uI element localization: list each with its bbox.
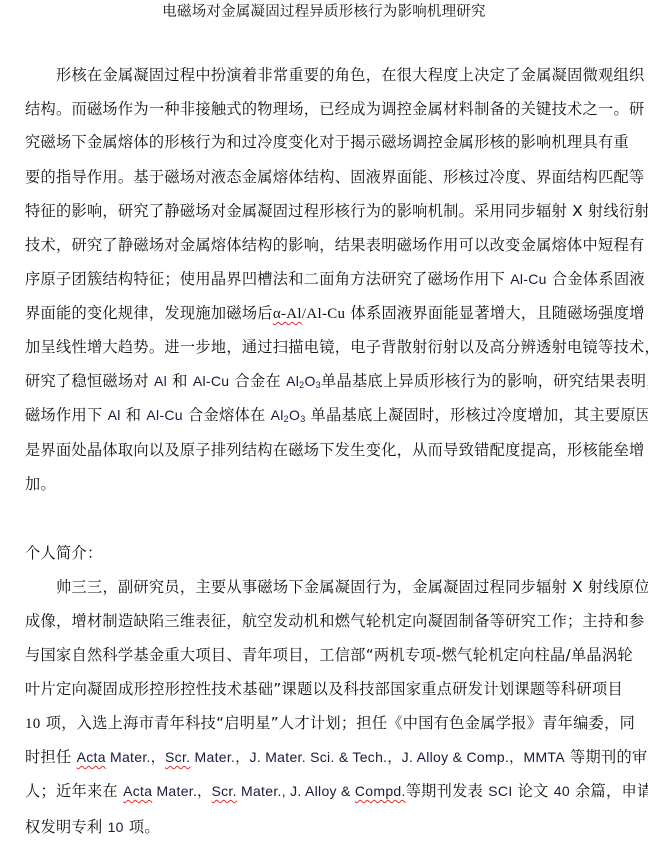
abstract-line: 磁场作用下 Al 和 Al-Cu 合金熔体在 Al2O3 单晶基底上凝固时，形核… (25, 404, 623, 426)
abstract-line: 形核在金属凝固过程中扮演着非常重要的角色，在很大程度上决定了金属凝固微观组织 (56, 64, 623, 86)
abstract-line: 结构。而磁场作为一种非接触式的物理场，已经成为调控金属材料制备的关键技术之一。研 (25, 98, 623, 120)
spellcheck-flagged-term[interactable]: Scr. (211, 783, 236, 799)
spellcheck-flagged-term[interactable]: Scr. (165, 749, 190, 765)
chemical-formula: Al2O3 (271, 407, 306, 423)
chemical-formula: Al2O3 (286, 373, 321, 389)
abstract-line: 加。 (25, 473, 623, 495)
spellcheck-flagged-term[interactable]: α-Al (273, 306, 302, 322)
bio-line: 10 项，入选上海市青年科技“启明星”人才计划；担任《中国有色金属学报》青年编委… (25, 712, 623, 735)
abstract-line: 研究了稳恒磁场对 Al 和 Al-Cu 合金在 Al2O3单晶基底上异质形核行为… (25, 370, 623, 392)
bio-line: 帅三三，副研究员，主要从事磁场下金属凝固行为，金属凝固过程同步辐射 X 射线原位 (56, 576, 623, 598)
bio-line: 与国家自然科学基金重大项目、青年项目，工信部“两机专项-燃气轮机定向柱晶/单晶涡… (25, 644, 623, 666)
abstract-line: 是界面处晶体取向以及原子排列结构在磁场下发生变化，从而导致错配度提高，形核能垒增 (25, 439, 623, 461)
alloy-term: Al-Cu (510, 271, 547, 287)
abstract-line: 技术，研究了静磁场对金属熔体结构的影响，结果表明磁场作用可以改变金属熔体中短程有 (25, 234, 623, 256)
abstract-line: 加呈线性增大趋势。进一步地，通过扫描电镜，电子背散射衍射以及高分辨透射电镜等技术… (25, 336, 623, 358)
spellcheck-flagged-term[interactable]: Acta (123, 783, 152, 799)
abstract-line: 特征的影响，研究了静磁场对金属凝固过程形核行为的影响机制。采用同步辐射 X 射线… (25, 200, 623, 222)
abstract-line: 序原子团簇结构特征；使用晶界凹槽法和二面角方法研究了磁场作用下 Al-Cu 合金… (25, 268, 623, 290)
abstract-line: 究磁场下金属熔体的形核行为和过冷度变化对于揭示磁场调控金属形核的影响机理具有重 (25, 131, 623, 153)
abstract-line: 界面能的变化规律，发现施加磁场后α-Al/Al-Cu 体系固液界面能显著增大，且… (25, 302, 623, 325)
document-title: 电磁场对金属凝固过程异质形核行为影响机理研究 (0, 2, 648, 22)
bio-line: 权发明专利 10 项。 (25, 816, 623, 838)
abstract-line: 要的指导作用。基于磁场对液态金属熔体结构、固液界面能、形核过冷度、界面结构匹配等 (25, 166, 623, 188)
bio-heading: 个人简介： (25, 542, 623, 564)
spellcheck-flagged-term[interactable]: Compd. (355, 783, 406, 799)
spellcheck-flagged-term[interactable]: Acta (77, 749, 106, 765)
bio-line: 成像，增材制造缺陷三维表征，航空发动机和燃气轮机定向凝固制备等研究工作；主持和参 (25, 610, 623, 632)
bio-line: 人；近年来在 Acta Mater.，Scr. Mater., J. Alloy… (25, 780, 623, 802)
bio-line: 叶片定向凝固成形控形控性技术基础”课题以及科技部国家重点研发计划课题等科研项目 (25, 678, 623, 700)
bio-line: 时担任 Acta Mater.，Scr. Mater.，J. Mater. Sc… (25, 746, 623, 768)
